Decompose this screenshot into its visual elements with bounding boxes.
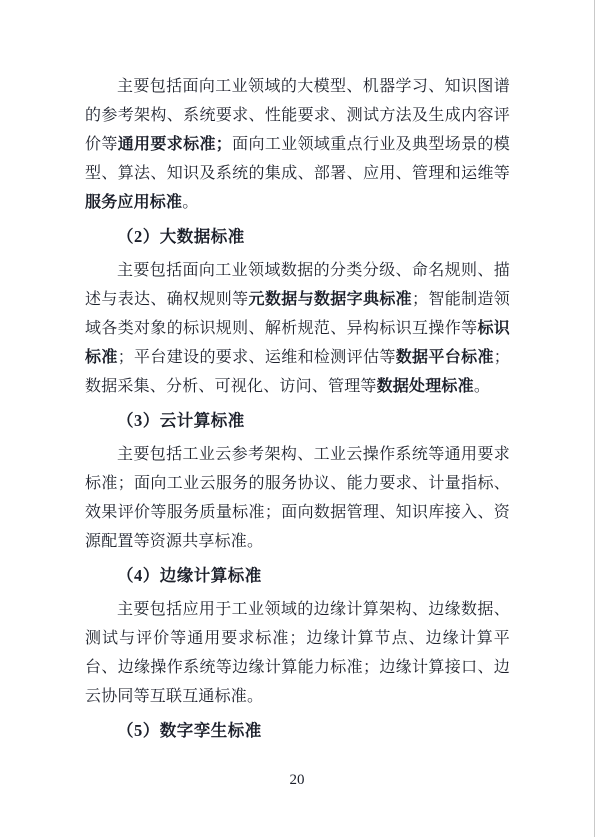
- page-number: 20: [0, 770, 594, 790]
- bold-text-run: 服务应用标准: [85, 194, 182, 211]
- document-page: 主要包括面向工业领域的大模型、机器学习、知识图谱的参考架构、系统要求、性能要求、…: [0, 0, 595, 837]
- body-paragraph: 主要包括面向工业领域的大模型、机器学习、知识图谱的参考架构、系统要求、性能要求、…: [85, 72, 510, 217]
- bold-text-run: 数据平台标准: [396, 349, 494, 366]
- body-paragraph: 主要包括面向工业领域数据的分类分级、命名规则、描述与表达、确权规则等元数据与数据…: [85, 256, 510, 401]
- section-heading: （5）数字孪生标准: [85, 716, 510, 745]
- body-paragraph: 主要包括工业云参考架构、工业云操作系统等通用要求标准；面向工业云服务的服务协议、…: [85, 440, 510, 556]
- section-heading: （3）云计算标准: [85, 406, 510, 435]
- text-run: 主要包括工业云参考架构、工业云操作系统等通用要求标准；面向工业云服务的服务协议、…: [85, 446, 510, 550]
- text-run: 主要包括应用于工业领域的边缘计算架构、边缘数据、测试与评价等通用要求标准；边缘计…: [85, 601, 510, 705]
- section-heading: （2）大数据标准: [85, 222, 510, 251]
- body-paragraph: 主要包括应用于工业领域的边缘计算架构、边缘数据、测试与评价等通用要求标准；边缘计…: [85, 595, 510, 711]
- bold-text-run: 数据处理标准: [377, 378, 474, 395]
- section-heading: （4）边缘计算标准: [85, 561, 510, 590]
- text-run: 。: [182, 194, 198, 211]
- text-run: ；平台建设的要求、运维和检测评估等: [118, 349, 396, 366]
- document-body: 主要包括面向工业领域的大模型、机器学习、知识图谱的参考架构、系统要求、性能要求、…: [85, 72, 510, 750]
- bold-text-run: 通用要求标准；: [118, 136, 232, 153]
- bold-text-run: 元数据与数据字典标准: [249, 291, 413, 308]
- text-run: 。: [474, 378, 490, 395]
